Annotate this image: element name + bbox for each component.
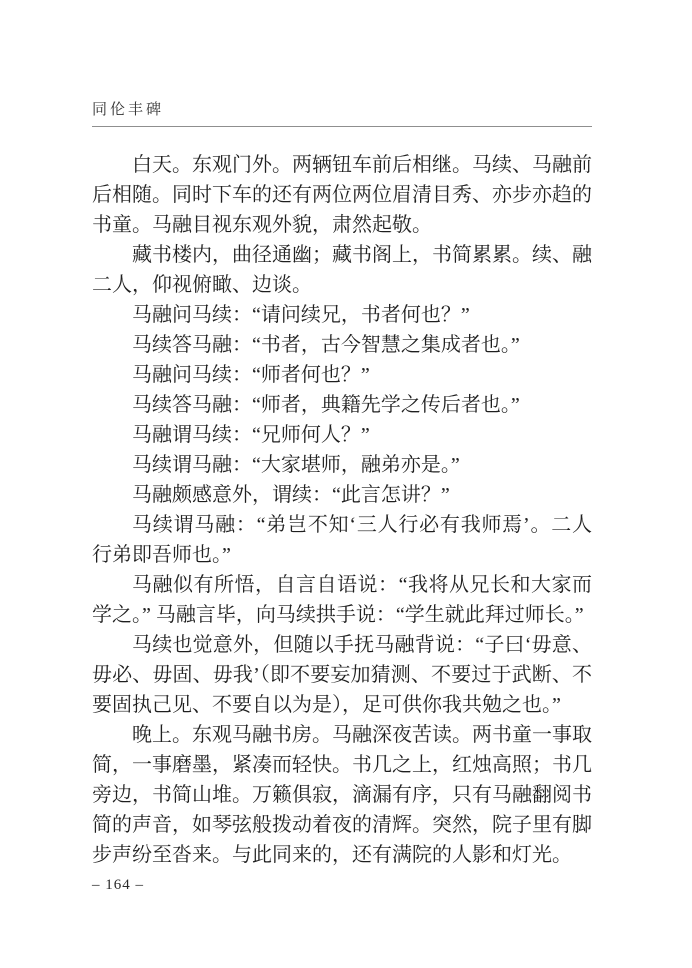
page-body: 白天。东观门外。两辆钮车前后相继。马续、马融前后相随。同时下车的还有两位两位眉清… — [92, 150, 592, 870]
paragraph: 马融谓马续：“兄师何人？” — [92, 420, 592, 450]
paragraph: 藏书楼内，曲径通幽；藏书阁上，书简累累。续、融二人，仰视俯瞰、边谈。 — [92, 240, 592, 300]
paragraph: 马续答马融：“师者，典籍先学之传后者也。” — [92, 390, 592, 420]
paragraph: 马续谓马融：“大家堪师，融弟亦是。” — [92, 450, 592, 480]
paragraph: 晚上。东观马融书房。马融深夜苦读。两书童一事取简，一事磨墨，紧凑而轻快。书几之上… — [92, 720, 592, 870]
paragraph: 马融颇感意外，谓续：“此言怎讲？” — [92, 480, 592, 510]
paragraph: 马融问马续：“请问续兄，书者何也？” — [92, 300, 592, 330]
paragraph: 马融似有所悟，自言自语说：“我将从兄长和大家而学之。” 马融言毕，向马续拱手说：… — [92, 570, 592, 630]
paragraph: 白天。东观门外。两辆钮车前后相继。马续、马融前后相随。同时下车的还有两位两位眉清… — [92, 150, 592, 240]
paragraph: 马续答马融：“书者，古今智慧之集成者也。” — [92, 330, 592, 360]
page-number: – 164 – — [92, 877, 592, 894]
paragraph: 马融问马续：“师者何也？” — [92, 360, 592, 390]
running-title: 同伦丰碑 — [92, 98, 592, 127]
paragraph: 马续谓马融：“弟岂不知‘三人行必有我师焉’。二人行弟即吾师也。” — [92, 510, 592, 570]
book-page: 同伦丰碑 白天。东观门外。两辆钮车前后相继。马续、马融前后相随。同时下车的还有两… — [0, 0, 692, 968]
paragraph: 马续也觉意外，但随以手抚马融背说：“子曰‘毋意、毋必、毋固、毋我’（即不要妄加猜… — [92, 630, 592, 720]
